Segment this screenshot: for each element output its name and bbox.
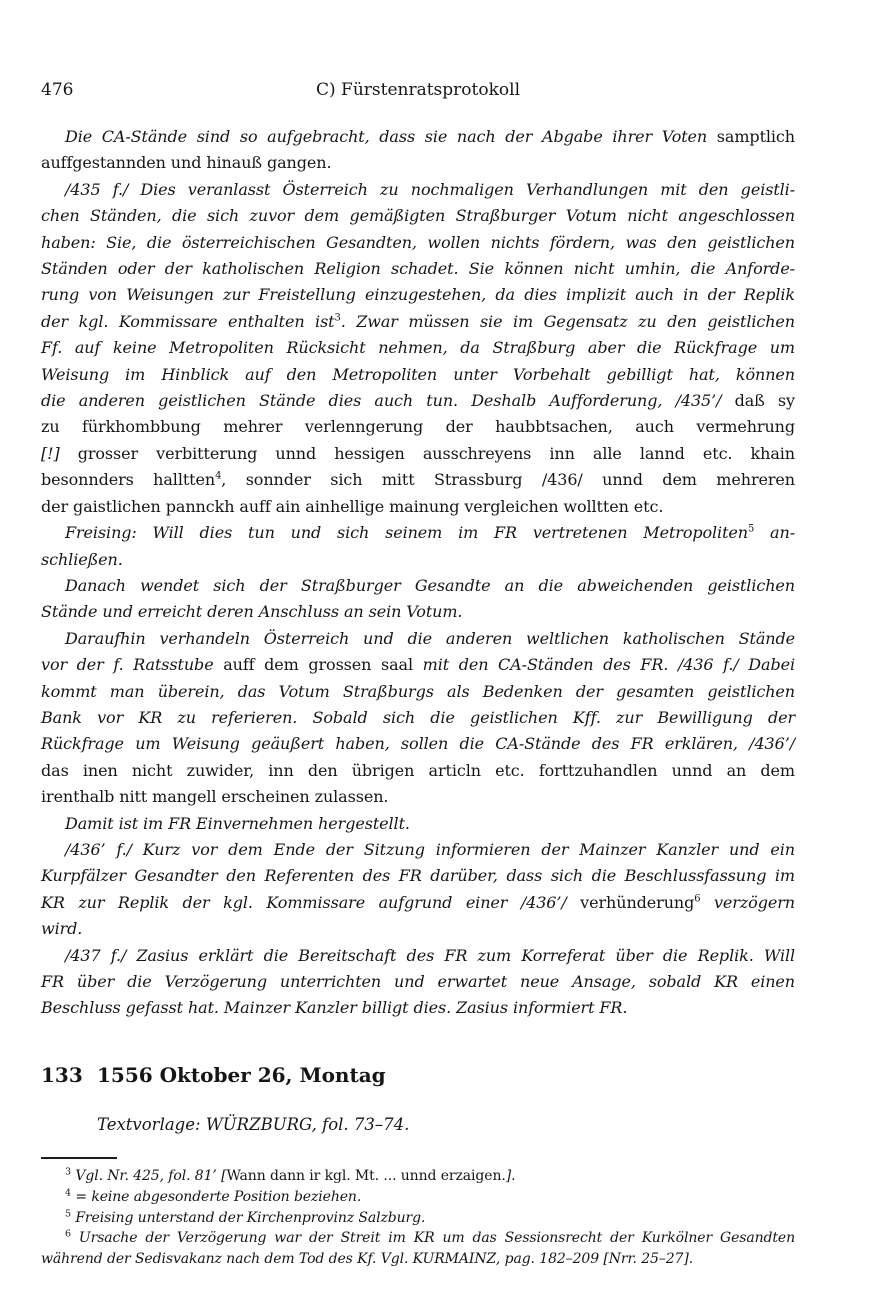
text-line: haben: Sie, die österreichischen Gesandt… (41, 230, 795, 256)
text-run: , sonnder sich mitt Strassburg /436/ unn… (221, 470, 795, 489)
text-line: zu fürkhombbung mehrer verlenngerung der… (41, 414, 795, 440)
text-line: Danach wendet sich der Straßburger Gesan… (41, 573, 795, 599)
text-run: samptlich (707, 127, 795, 146)
text-run: das inen nicht zuwider, inn den übrigen … (41, 761, 795, 780)
text-line: rung von Weisungen zur Freistellung einz… (41, 282, 795, 308)
body-text: Die CA-Stände sind so aufgebracht, dass … (41, 124, 795, 1022)
text-line: die anderen geistlichen Stände dies auch… (41, 388, 795, 414)
text-line: [!] grosser verbitterung unnd hessigen a… (41, 441, 795, 467)
text-line: /437 f./ Zasius erklärt die Bereitschaft… (41, 943, 795, 969)
text-run: keine abgesonderte Position beziehen. (91, 1189, 361, 1205)
text-line: Stände und erreicht deren Anschluss an s… (41, 599, 795, 625)
text-line: auffgestannden und hinauß gangen. (41, 150, 795, 176)
footnotes: 3 Vgl. Nr. 425, fol. 81’ [Wann dann ir k… (41, 1166, 795, 1270)
text-line: /435 f./ Dies veranlasst Österreich zu n… (41, 177, 795, 203)
text-line: der kgl. Kommissare enthalten ist3. Zwar… (41, 309, 795, 335)
text-line: kommt man überein, das Votum Straßburgs … (41, 679, 795, 705)
text-run: verhünderung (580, 893, 694, 912)
text-line: das inen nicht zuwider, inn den übrigen … (41, 758, 795, 784)
text-line: während der Sedisvakanz nach dem Tod des… (41, 1249, 795, 1270)
text-run: der gaistlichen pannckh auff ain ainhell… (41, 497, 663, 516)
text-line: vor der f. Ratsstube auff dem grossen sa… (41, 652, 795, 678)
text-run: Danach wendet sich der Straßburger Gesan… (65, 576, 795, 595)
text-run: mit den CA-Ständen des FR. /436 f./ Dabe… (423, 655, 795, 674)
text-run: Beschluss gefasst hat. Mainzer Kanzler b… (41, 998, 627, 1017)
text-run: KR zur Replik der kgl. Kommissare aufgru… (41, 893, 580, 912)
text-run: /437 f./ Zasius erklärt die Bereitschaft… (65, 946, 795, 965)
text-run: haben: Sie, die österreichischen Gesandt… (41, 233, 795, 252)
text-run: die anderen geistlichen Stände dies auch… (41, 391, 735, 410)
page-number: 476 (41, 79, 73, 101)
text-line: 4 = keine abgesonderte Position beziehen… (41, 1187, 795, 1208)
text-line: Daraufhin verhandeln Österreich und die … (41, 626, 795, 652)
text-run: Daraufhin verhandeln Österreich und die … (65, 629, 795, 648)
text-line: der gaistlichen pannckh auff ain ainhell… (41, 494, 795, 520)
text-run: Weisung im Hinblick auf den Metropoliten… (41, 365, 795, 384)
source-note: Textvorlage: WÜRZBURG, fol. 73–74. (97, 1114, 697, 1136)
text-run: schließen. (41, 550, 123, 569)
footnote-rule (41, 1157, 117, 1159)
text-line: Rückfrage um Weisung geäußert haben, sol… (41, 731, 795, 757)
text-run: auffgestannden und hinauß gangen. (41, 153, 331, 172)
text-line: KR zur Replik der kgl. Kommissare aufgru… (41, 890, 795, 916)
text-line: Ständen oder der katholischen Religion s… (41, 256, 795, 282)
text-run: irenthalb nitt mangell erscheinen zulass… (41, 787, 388, 806)
text-run: auff dem grossen saal (223, 655, 422, 674)
text-run: an- (754, 523, 795, 542)
running-head: C) Fürstenratsprotokoll (316, 80, 520, 100)
text-run: Ständen oder der katholischen Religion s… (41, 259, 795, 278)
text-line: chen Ständen, die sich zuvor dem gemäßig… (41, 203, 795, 229)
text-line: schließen. (41, 547, 795, 573)
text-run: Ursache der Verzögerung war der Streit i… (71, 1230, 795, 1246)
text-run: besonnders halltten (41, 470, 215, 489)
text-run: Stände und erreicht deren Anschluss an s… (41, 602, 462, 621)
text-line: 3 Vgl. Nr. 425, fol. 81’ [Wann dann ir k… (41, 1166, 795, 1187)
text-run: . Zwar müssen sie im Gegensatz zu den ge… (341, 312, 795, 331)
text-run: Freising: Will dies tun und sich seinem … (65, 523, 748, 542)
text-line: Damit ist im FR Einvernehmen hergestellt… (41, 811, 795, 837)
text-run: [!] (41, 444, 78, 463)
page-header: 476 C) Fürstenratsprotokoll (41, 79, 795, 101)
text-run: = (71, 1189, 91, 1205)
text-run: Kurpfälzer Gesandter den Referenten des … (41, 866, 795, 885)
text-run: /435 f./ Dies veranlasst Österreich zu n… (65, 180, 795, 199)
text-run: Ff. auf keine Metropoliten Rücksicht neh… (41, 338, 795, 357)
text-run: Die CA-Stände sind so aufgebracht, dass … (65, 127, 707, 146)
section-title: 1556 Oktober 26, Montag (97, 1063, 386, 1087)
text-line: irenthalb nitt mangell erscheinen zulass… (41, 784, 795, 810)
section-number: 133 (41, 1062, 97, 1088)
text-line: Freising: Will dies tun und sich seinem … (41, 520, 795, 546)
text-run: grosser verbitterung unnd hessigen aussc… (78, 444, 795, 463)
text-run: vor der f. Ratsstube (41, 655, 223, 674)
text-run: rung von Weisungen zur Freistellung einz… (41, 285, 795, 304)
text-line: besonnders halltten4, sonnder sich mitt … (41, 467, 795, 493)
text-run: /436’ f./ Kurz vor dem Ende der Sitzung … (65, 840, 795, 859)
text-line: Kurpfälzer Gesandter den Referenten des … (41, 863, 795, 889)
text-line: FR über die Verzögerung unterrichten und… (41, 969, 795, 995)
text-run: Rückfrage um Weisung geäußert haben, sol… (41, 734, 795, 753)
text-line: Weisung im Hinblick auf den Metropoliten… (41, 362, 795, 388)
text-run: Bank vor KR zu referieren. Sobald sich d… (41, 708, 795, 727)
text-line: 5 Freising unterstand der Kirchenprovinz… (41, 1208, 795, 1229)
text-line: Ff. auf keine Metropoliten Rücksicht neh… (41, 335, 795, 361)
text-line: 6 Ursache der Verzögerung war der Streit… (41, 1228, 795, 1249)
text-line: wird. (41, 916, 795, 942)
text-line: /436’ f./ Kurz vor dem Ende der Sitzung … (41, 837, 795, 863)
text-line: Beschluss gefasst hat. Mainzer Kanzler b… (41, 995, 795, 1021)
text-run: daß sy (735, 391, 795, 410)
text-run: wird. (41, 919, 82, 938)
text-line: Bank vor KR zu referieren. Sobald sich d… (41, 705, 795, 731)
text-run: während der Sedisvakanz nach dem Tod des… (41, 1251, 693, 1267)
text-run: FR über die Verzögerung unterrichten und… (41, 972, 795, 991)
text-run: Damit ist im FR Einvernehmen hergestellt… (65, 814, 410, 833)
text-run: verzögern (700, 893, 795, 912)
section-heading: 1331556 Oktober 26, Montag (41, 1062, 795, 1088)
text-run: der kgl. Kommissare enthalten ist (41, 312, 335, 331)
text-run: Vgl. Nr. 425, fol. 81’ [ (71, 1168, 227, 1184)
text-run: chen Ständen, die sich zuvor dem gemäßig… (41, 206, 795, 225)
text-run: Wann dann ir kgl. Mt. ... unnd erzaigen. (226, 1168, 505, 1184)
text-run: kommt man überein, das Votum Straßburgs … (41, 682, 795, 701)
text-run: Freising unterstand der Kirchenprovinz S… (71, 1210, 425, 1226)
book-page: 476 C) Fürstenratsprotokoll Die CA-Ständ… (0, 0, 891, 1300)
text-run: zu fürkhombbung mehrer verlenngerung der… (41, 417, 795, 436)
text-run: ]. (506, 1168, 516, 1184)
text-line: Die CA-Stände sind so aufgebracht, dass … (41, 124, 795, 150)
